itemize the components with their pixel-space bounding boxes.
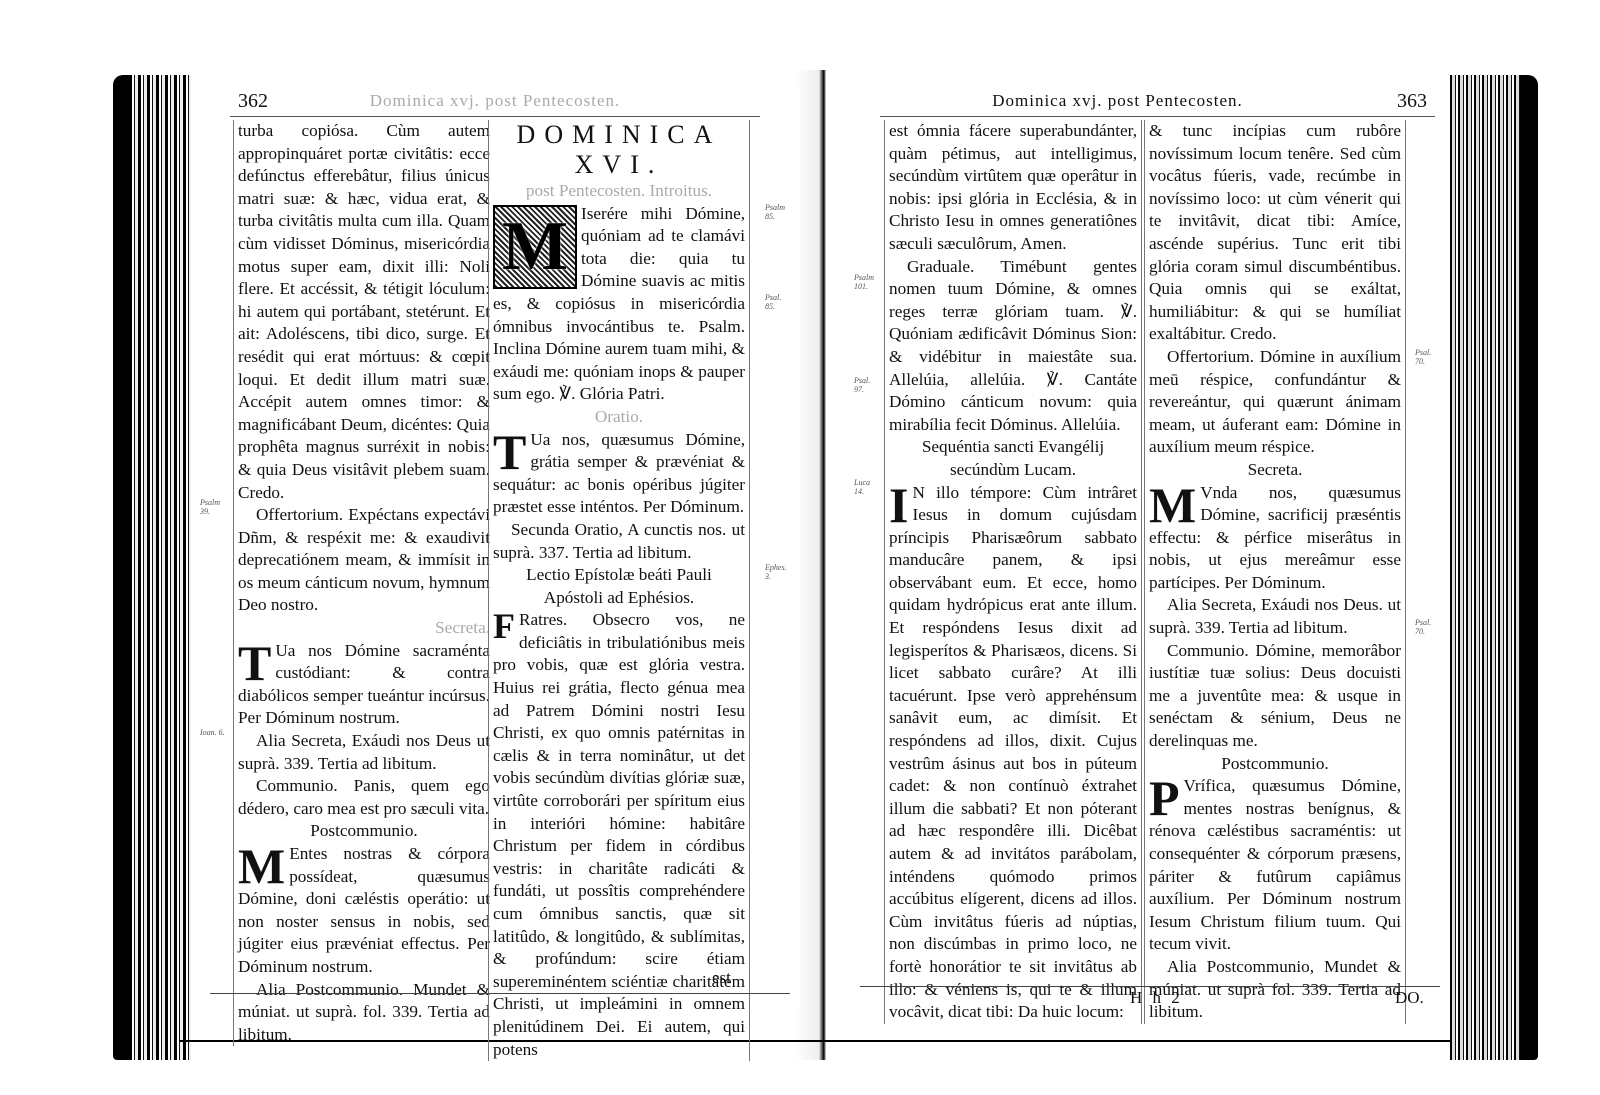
lectio-title-2: Apóstoli ad Ephésios. [493,587,745,610]
gospel-continuation: turba copiósa. Cùm autem appropinquáret … [238,120,490,504]
catchword: DO. [1395,988,1424,1008]
drop-cap: P [1149,777,1180,819]
left-column-b: DOMINICA XVI. post Pentecosten. Introitu… [488,120,750,1061]
left-page: 362 Dominica xvj. post Pentecosten. turb… [200,88,800,1008]
lectio-title: Lectio Epístolæ beáti Pauli [493,564,745,587]
bottom-rule [860,986,1440,987]
oratio-label: Oratio. [493,406,745,429]
left-column-a: turba copiósa. Cùm autem appropinquáret … [233,120,490,1046]
margin-note: Psal. 85. [765,293,791,311]
offertorium: Offertorium. Dómine in auxílium meū résp… [1149,346,1401,459]
communio: Communio. Panis, quem ego dédero, caro m… [238,775,490,820]
sequentia-title: Sequéntia sancti Evangélij [889,436,1137,459]
margin-note: Psal. 97. [854,376,880,394]
communio: Communio. Dómine, memorâbor iustítiæ tuæ… [1149,640,1401,753]
drop-cap: F [493,611,515,641]
graduale: Graduale. Timébunt gentes nomen tuum Dóm… [889,256,1137,437]
page-number: 363 [1397,90,1427,113]
book-page-edges-left [113,75,191,1060]
section-subheading: post Pentecosten. Introitus. [493,180,745,203]
drop-cap: M [1149,484,1196,526]
bottom-rule [210,993,790,994]
catchword: est [712,968,731,988]
margin-note: Psalm 85. [765,203,791,221]
book-spine [795,70,855,1060]
postcommunio-text: PVrífica, quæsumus Dómine, mentes nostra… [1149,775,1401,956]
right-running-head: Dominica xvj. post Pentecosten. 363 [880,88,1435,117]
margin-note: Psal. 70. [1415,348,1441,366]
postcommunio-text: MEntes nostras & córpora possídeat, quæs… [238,843,490,979]
drop-cap: T [493,431,526,473]
sequentia-title-2: secúndùm Lucam. [889,459,1137,482]
right-column-a: est ómnia fácere superabundánter, quàm p… [884,120,1142,1024]
margin-note: Psalm 39. [200,498,226,516]
right-column-b: & tunc incípias cum rubôre novíssimum lo… [1144,120,1406,1024]
margin-note: Psal. 70. [1415,618,1441,636]
secreta-label: Secreta. [238,617,490,640]
margin-note: Ioan. 6. [200,728,226,737]
alia-secreta: Alia Secreta, Exáudi nos Deus. ut suprà.… [1149,594,1401,639]
section-heading: DOMINICA XVI. [493,120,745,180]
secreta-text: MVnda nos, quæsumus Dómine, sacrificij p… [1149,482,1401,595]
epistle-continuation: est ómnia fácere superabundánter, quàm p… [889,120,1137,256]
secreta-text: TUa nos Dómine sacraménta custódiant: & … [238,640,490,730]
running-head-title: Dominica xvj. post Pentecosten. [230,91,760,111]
left-running-head: 362 Dominica xvj. post Pentecosten. [230,88,760,117]
gospel-continuation: & tunc incípias cum rubôre novíssimum lo… [1149,120,1401,346]
margin-note: Psalm 101. [854,273,880,291]
ornate-drop-cap-icon: M [493,205,577,289]
offertorium: Offertorium. Expéctans expectávi Dñm, & … [238,504,490,617]
drop-cap: M [238,845,285,887]
signature-mark: H h 2 [1130,988,1183,1008]
alia-postcommunio: Alia Postcommunio, Mundet & múniat. ut s… [1149,956,1401,1024]
margin-note: Luca 14. [854,478,880,496]
oratio-text: TUa nos, quæsumus Dómine, grátia semper … [493,429,745,519]
secunda-oratio: Secunda Oratio, A cunctis nos. ut suprà.… [493,519,745,564]
book-page-edges-right [1448,75,1538,1060]
alia-secreta: Alia Secreta, Exáudi nos Deus ut suprà. … [238,730,490,775]
running-head-title: Dominica xvj. post Pentecosten. [840,91,1395,111]
alia-postcommunio: Alia Postcommunio. Mundet & múniat. ut s… [238,979,490,1047]
drop-cap: T [238,642,271,684]
drop-cap: I [889,484,908,526]
postcommunio-label: Postcommunio. [1149,753,1401,776]
introit-text: MIserére mihi Dómine, quóniam ad te clam… [493,203,745,406]
right-page: Dominica xvj. post Pentecosten. 363 est … [850,88,1450,1008]
gospel-text: IN illo témpore: Cùm intrâret Iesus in d… [889,482,1137,1024]
margin-note: Ephes. 3. [765,563,791,581]
